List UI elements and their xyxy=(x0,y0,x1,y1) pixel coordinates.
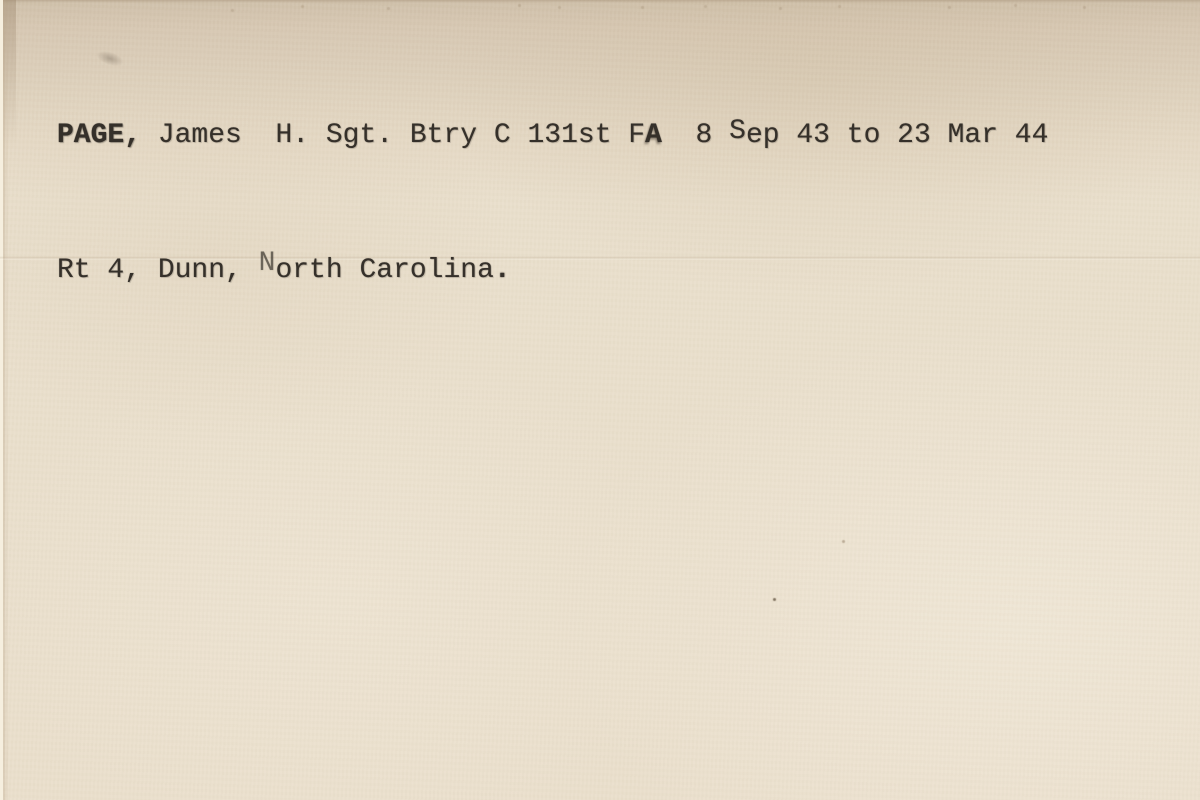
surname-text: PAGE, xyxy=(57,120,141,151)
typed-line-service: PAGE, James H. Sgt. Btry C 131st FA 8 Se… xyxy=(57,113,1048,158)
typed-text-block: PAGE, James H. Sgt. Btry C 131st FA 8 Se… xyxy=(57,23,1048,383)
line2-period: . xyxy=(494,255,511,286)
index-card: PAGE, James H. Sgt. Btry C 131st FA 8 Se… xyxy=(0,0,1200,800)
line1-dates-text: ep 43 to 23 Mar 44 xyxy=(746,120,1048,151)
line2-start-text: Rt 4, Dunn, xyxy=(57,255,259,286)
card-left-edge xyxy=(0,0,8,800)
line2-state-text: orth Carolina xyxy=(275,255,493,286)
line1-gap-text: 8 xyxy=(662,120,729,151)
line1-mid-text: James H. Sgt. Btry C 131st F xyxy=(141,120,645,151)
line2-raised-letter: N xyxy=(259,241,276,286)
line1-raised-letter: S xyxy=(729,109,746,154)
line1-smudged-letter: A xyxy=(645,120,662,151)
typed-line-address: Rt 4, Dunn, North Carolina. xyxy=(57,248,1048,293)
paper-speckles xyxy=(0,0,3,3)
card-top-edge xyxy=(0,0,1200,3)
